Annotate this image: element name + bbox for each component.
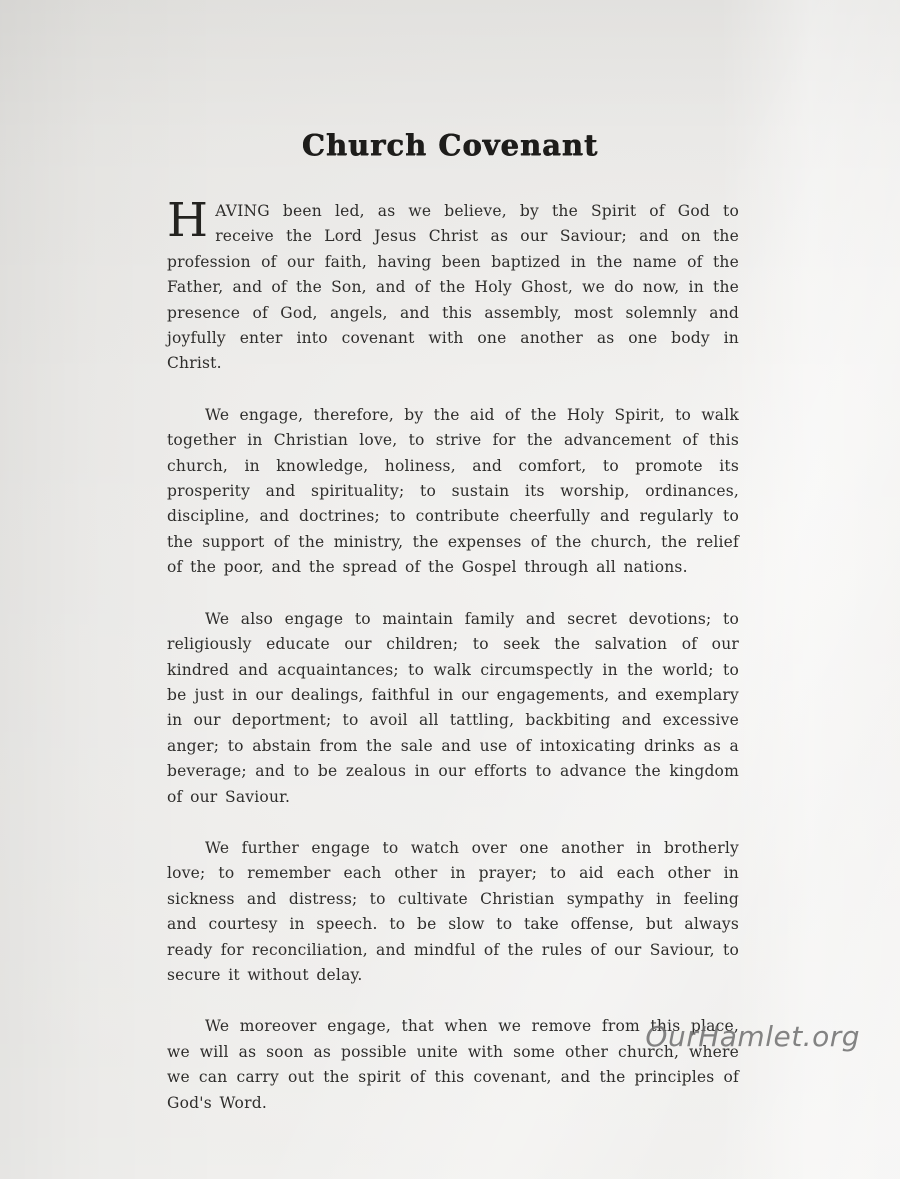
paragraph-we-further-engage: We further engage to watch over one anot… [167, 836, 739, 988]
page-title: Church Covenant [0, 128, 900, 162]
scanned-page: Church Covenant HAVING been led, as we b… [0, 0, 900, 1179]
paragraph-having-been-led: HAVING been led, as we believe, by the S… [167, 199, 739, 377]
watermark: OurHamlet.org [645, 1020, 860, 1053]
paragraph-we-also-engage: We also engage to maintain family and se… [167, 607, 739, 810]
covenant-text-block: HAVING been led, as we believe, by the S… [167, 199, 739, 1116]
dropcap-letter: H [167, 199, 215, 241]
paragraph-text: AVING been led, as we believe, by the Sp… [167, 202, 739, 372]
paragraph-we-engage: We engage, therefore, by the aid of the … [167, 403, 739, 581]
